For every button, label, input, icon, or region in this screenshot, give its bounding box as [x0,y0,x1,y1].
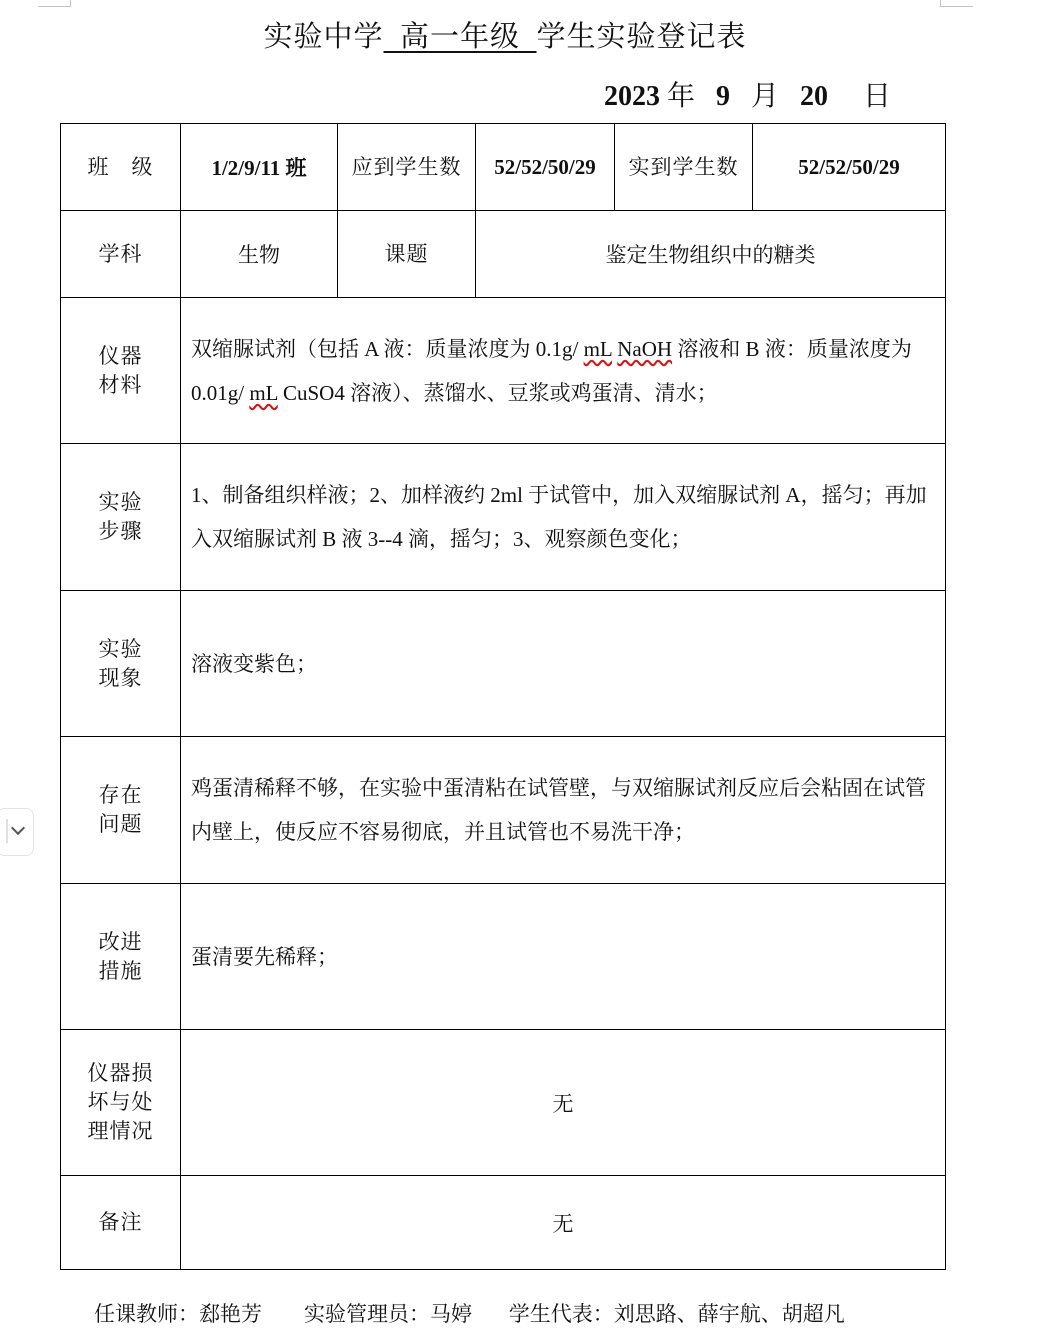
problems-row: 存在问题 鸡蛋清稀释不够，在实验中蛋清粘在试管壁，与双缩脲试剂反应后会粘固在试管… [61,737,946,884]
problems-text: 鸡蛋清稀释不够，在实验中蛋清粘在试管壁，与双缩脲试剂反应后会粘固在试管内壁上，使… [181,737,946,884]
materials-label: 仪器材料 [61,298,181,444]
subject-label: 学科 [61,211,181,298]
actual-students-value: 52/52/50/29 [753,124,946,211]
steps-row: 实验步骤 1、制备组织样液；2、加样液约 2ml 于试管中，加入双缩脲试剂 A，… [61,444,946,591]
student-representatives: 学生代表：刘思路、薛宇航、胡超凡 [509,1302,845,1326]
remarks-row: 备注 无 [61,1176,946,1270]
phenomenon-row: 实验现象 溶液变紫色； [61,591,946,737]
signature-line: 任课教师：郄艳芳 实验管理员：马婷 学生代表：刘思路、薛宇航、胡超凡 [94,1298,845,1328]
damage-label: 仪器损坏与处理情况 [61,1030,181,1176]
date-month: 9 [716,81,730,112]
remarks-text: 无 [181,1176,946,1270]
date-day-unit: 日 [863,81,891,112]
date-year-unit: 年 [667,81,695,112]
registration-table: 班 级 1/2/9/11 班 应到学生数 52/52/50/29 实到学生数 5… [60,123,946,1270]
steps-label: 实验步骤 [61,444,181,591]
document-title: 实验中学 高一年级 学生实验登记表 [0,14,1010,55]
subject-value: 生物 [181,211,338,298]
page-corner-mark-left [38,0,71,7]
problems-label: 存在问题 [61,737,181,884]
class-row: 班 级 1/2/9/11 班 应到学生数 52/52/50/29 实到学生数 5… [61,124,946,211]
teacher-signature: 任课教师：郄艳芳 [94,1302,262,1326]
materials-row: 仪器材料 双缩脲试剂（包括 A 液：质量浓度为 0.1g/ mL NaOH 溶液… [61,298,946,444]
page-corner-mark-right [940,0,973,7]
date-month-unit: 月 [751,81,779,112]
actual-students-label: 实到学生数 [615,124,753,211]
grade-name: 高一年级 [383,21,536,53]
expected-students-label: 应到学生数 [338,124,476,211]
title-suffix: 学生实验登记表 [537,21,747,53]
materials-text: 双缩脲试剂（包括 A 液：质量浓度为 0.1g/ mL NaOH 溶液和 B 液… [181,298,946,444]
improvements-text: 蛋清要先稀释； [181,884,946,1030]
damage-row: 仪器损坏与处理情况 无 [61,1030,946,1176]
damage-text: 无 [181,1030,946,1176]
topic-label: 课题 [338,211,476,298]
divider [6,819,8,843]
improvements-label: 改进措施 [61,884,181,1030]
expected-students-value: 52/52/50/29 [476,124,615,211]
school-name: 实验中学 [263,21,383,53]
date-day: 20 [800,81,828,112]
chevron-down-icon [11,821,25,835]
improvements-row: 改进措施 蛋清要先稀释； [61,884,946,1030]
class-label: 班 级 [61,124,181,211]
topic-value: 鉴定生物组织中的糖类 [476,211,946,298]
steps-text: 1、制备组织样液；2、加样液约 2ml 于试管中，加入双缩脲试剂 A，摇匀；再加… [181,444,946,591]
subject-row: 学科 生物 课题 鉴定生物组织中的糖类 [61,211,946,298]
phenomenon-label: 实验现象 [61,591,181,737]
date-year: 2023 [604,81,660,112]
admin-signature: 实验管理员：马婷 [304,1302,472,1326]
side-panel-toggle-button[interactable] [0,808,34,856]
phenomenon-text: 溶液变紫色； [181,591,946,737]
document-date: 2023 年 9 月 20 日 [604,74,891,114]
class-value: 1/2/9/11 班 [181,124,338,211]
remarks-label: 备注 [61,1176,181,1270]
